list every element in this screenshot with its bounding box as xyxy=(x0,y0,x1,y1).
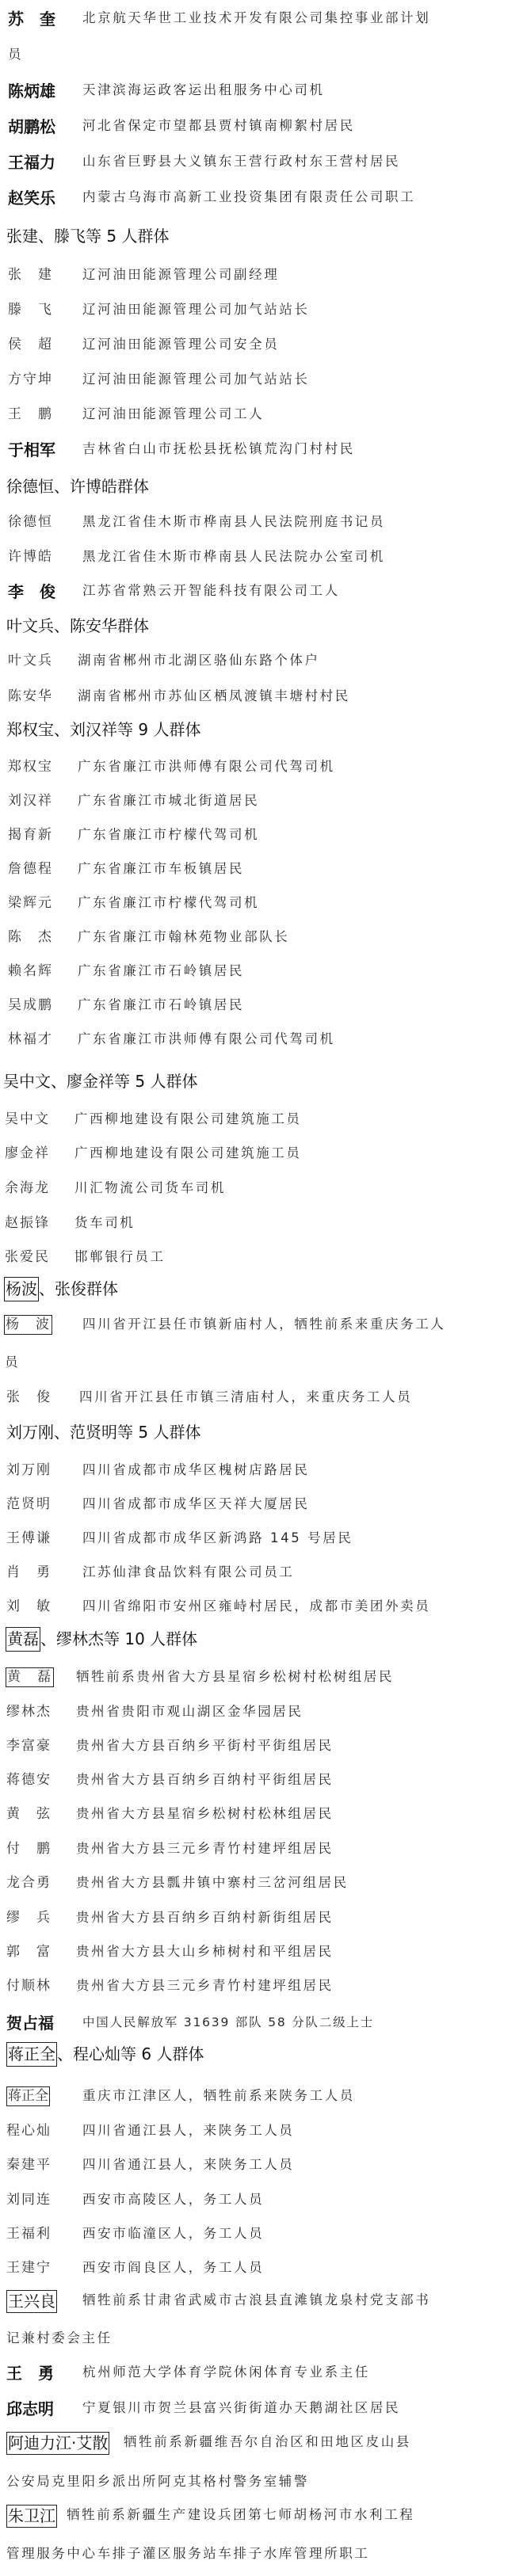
member-desc: 辽河油田能源管理公司副经理 xyxy=(82,265,279,285)
entry-name: 朱卫江 xyxy=(6,2505,57,2528)
member-name: 方守坤 xyxy=(8,369,53,390)
entry-desc: 内蒙古乌海市高新工业投资集团有限责任公司职工 xyxy=(82,187,415,208)
member-name: 叶文兵 xyxy=(8,650,53,671)
member-desc: 四川省绵阳市安州区雍峙村居民，成都市美团外卖员 xyxy=(82,1596,430,1617)
group-title-rest: 、张俊群体 xyxy=(39,1279,118,1298)
member-desc: 广西柳地建设有限公司建筑施工员 xyxy=(74,1109,302,1130)
highlighted-name: 阿迪力江·艾散 xyxy=(6,2432,109,2455)
highlighted-name: 黄 磊 xyxy=(6,1667,54,1687)
member-desc: 牺牲前系贵州省大方县星宿乡松树村松树组居民 xyxy=(76,1667,394,1687)
member-name: 张 俊 xyxy=(6,1387,52,1408)
highlighted-name: 王兴良 xyxy=(6,2290,57,2313)
member-name: 赖名辉 xyxy=(8,961,53,981)
member-desc: 贵州省贵阳市观山湖区金华园居民 xyxy=(76,1701,303,1722)
member-desc: 广东省廉江市洪师傅有限公司代驾司机 xyxy=(78,1029,335,1050)
member-desc: 广东省廉江市石岭镇居民 xyxy=(78,995,244,1016)
member-name: 杨 波 xyxy=(4,1314,52,1335)
member-desc: 广东省廉江市洪师傅有限公司代驾司机 xyxy=(78,756,335,777)
member-name: 揭育新 xyxy=(8,825,53,845)
member-name: 林福才 xyxy=(8,1029,53,1050)
member-name: 侯 超 xyxy=(8,334,53,355)
member-desc: 辽河油田能源管理公司加气站站长 xyxy=(82,299,310,320)
member-desc: 广东省廉江市石岭镇居民 xyxy=(78,961,244,981)
member-name: 王傅谦 xyxy=(6,1528,52,1549)
member-name: 王建宁 xyxy=(6,2258,52,2278)
entry-desc: 牺牲前系新疆维吾尔自治区和田地区皮山县 xyxy=(124,2432,411,2452)
group-title: 黄磊、缪林杰等 10 人群体 xyxy=(6,1627,197,1652)
member-desc: 贵州省大方县三元乡青竹村建坪组居民 xyxy=(76,1976,334,1996)
member-name: 徐德恒 xyxy=(8,512,53,532)
entry-name: 王福力 xyxy=(8,151,55,173)
member-name: 许博皓 xyxy=(8,547,53,567)
highlighted-name: 蒋正全 xyxy=(6,2086,50,2106)
member-name: 王福利 xyxy=(6,2224,52,2244)
entry-name: 李 俊 xyxy=(8,581,55,603)
member-name: 滕 飞 xyxy=(8,299,53,320)
group-title: 叶文兵、陈安华群体 xyxy=(6,614,149,638)
group-title: 张建、滕飞等 5 人群体 xyxy=(6,224,169,248)
group-title: 徐德恒、许博皓群体 xyxy=(6,474,149,498)
member-name: 刘万刚 xyxy=(6,1460,52,1480)
member-name: 肖 勇 xyxy=(6,1562,52,1583)
member-desc: 重庆市江津区人，牺牲前系来陕务工人员 xyxy=(82,2086,355,2106)
member-name: 蒋正全 xyxy=(6,2086,50,2106)
entry-name: 阿迪力江·艾散 xyxy=(6,2432,109,2455)
entry-desc: 宁夏银川市贺兰县富兴街街道办天鹅湖社区居民 xyxy=(82,2398,400,2418)
member-desc: 贵州省大方县星宿乡松树村松林组居民 xyxy=(76,1804,334,1824)
member-name: 吴中文 xyxy=(5,1109,50,1130)
member-desc: 黑龙江省佳木斯市桦南县人民法院刑庭书记员 xyxy=(82,512,385,532)
member-name: 龙合勇 xyxy=(6,1873,52,1893)
member-name: 郑权宝 xyxy=(8,756,53,777)
member-desc: 江苏仙津食品饮料有限公司员工 xyxy=(82,1562,294,1583)
member-name: 付 鹏 xyxy=(6,1839,52,1859)
member-desc: 邯郸银行员工 xyxy=(74,1247,166,1267)
member-name: 程心灿 xyxy=(6,2121,52,2141)
member-name: 缪 兵 xyxy=(6,1907,52,1928)
member-desc: 四川省成都市成华区新鸿路 145 号居民 xyxy=(82,1528,353,1549)
entry-desc-continuation: 公安局克里阳乡派出所阿克其格村警务室辅警 xyxy=(6,2471,309,2492)
member-name: 张爱民 xyxy=(5,1247,50,1267)
member-name: 陈 杰 xyxy=(8,927,53,947)
member-name: 蒋德安 xyxy=(6,1770,52,1790)
member-name: 刘 敏 xyxy=(6,1596,52,1617)
member-desc: 贵州省大方县大山乡柿树村和平组居民 xyxy=(76,1942,334,1962)
member-desc: 辽河油田能源管理公司工人 xyxy=(82,404,264,425)
member-name: 付顺林 xyxy=(6,1976,52,1996)
member-desc: 四川省通江县人，来陕务工人员 xyxy=(82,2121,294,2141)
member-desc: 广东省廉江市车板镇居民 xyxy=(78,859,244,879)
group-title-rest: 、程心灿等 6 人群体 xyxy=(57,2044,204,2063)
group-title: 郑权宝、刘汉祥等 9 人群体 xyxy=(6,718,200,741)
member-desc: 四川省成都市成华区天祥大厦居民 xyxy=(82,1494,310,1515)
highlighted-name: 杨波 xyxy=(4,1277,39,1301)
highlighted-name: 黄磊 xyxy=(6,1627,40,1652)
group-title: 吴中文、廖金祥等 5 人群体 xyxy=(3,1069,197,1093)
entry-name: 苏 奎 xyxy=(8,8,55,30)
entry-name: 胡鹏松 xyxy=(8,116,55,138)
entry-name: 赵笑乐 xyxy=(8,187,55,209)
entry-desc-continuation: 员 xyxy=(8,44,23,65)
member-desc: 川汇物流公司货车司机 xyxy=(74,1178,226,1198)
member-desc: 贵州省大方县百纳乡百纳村新街组居民 xyxy=(76,1907,334,1928)
entry-name: 于相军 xyxy=(8,439,55,461)
entry-name: 贺占福 xyxy=(6,2012,54,2034)
entry-name: 王兴良 xyxy=(6,2290,57,2313)
member-desc: 贵州省大方县百纳乡百纳村平街组居民 xyxy=(76,1770,334,1790)
member-desc: 货车司机 xyxy=(74,1213,135,1233)
member-desc: 四川省成都市成华区槐树店路居民 xyxy=(82,1460,310,1480)
member-name: 郭 富 xyxy=(6,1942,52,1962)
member-name: 陈安华 xyxy=(8,686,53,707)
entry-desc: 北京航天华世工业技术开发有限公司集控事业部计划 xyxy=(82,8,430,29)
member-name: 刘同连 xyxy=(6,2189,52,2210)
member-desc-continuation: 员 xyxy=(5,1352,20,1373)
member-name: 王 鹏 xyxy=(8,404,53,425)
member-desc: 广西柳地建设有限公司建筑施工员 xyxy=(74,1143,302,1164)
entry-desc: 牺牲前系新疆生产建设兵团第七师胡杨河市水利工程 xyxy=(67,2505,414,2525)
member-desc: 辽河油田能源管理公司安全员 xyxy=(82,334,279,355)
member-name: 詹德程 xyxy=(8,859,53,879)
member-desc: 湖南省郴州市苏仙区栖凤渡镇丰塘村村民 xyxy=(78,686,350,707)
member-desc: 广东省廉江市城北街道居民 xyxy=(78,791,259,811)
member-name: 梁辉元 xyxy=(8,893,53,913)
member-desc: 广东省廉江市柠檬代驾司机 xyxy=(78,825,259,845)
entry-desc: 江苏省常熟云开智能科技有限公司工人 xyxy=(82,581,340,601)
member-desc: 广东省廉江市翰林苑物业部队长 xyxy=(78,927,289,947)
member-desc: 黑龙江省佳木斯市桦南县人民法院办公室司机 xyxy=(82,547,385,567)
member-desc: 四川省开江县任市镇三清庙村人，来重庆务工人员 xyxy=(79,1387,412,1408)
member-name: 秦建平 xyxy=(6,2155,52,2175)
entry-desc: 吉林省白山市抚松县抚松镇荒沟门村村民 xyxy=(82,439,355,459)
member-desc: 贵州省大方县瓢井镇中寨村三岔河组居民 xyxy=(76,1873,349,1893)
member-desc: 西安市高陵区人，务工人员 xyxy=(82,2189,264,2210)
entry-desc: 山东省巨野县大义镇东王营行政村东王营村居民 xyxy=(82,151,400,172)
member-name: 刘汉祥 xyxy=(8,791,53,811)
entry-desc: 河北省保定市望都县贾村镇南柳絮村居民 xyxy=(82,116,355,136)
member-desc: 贵州省大方县三元乡青竹村建坪组居民 xyxy=(76,1839,334,1859)
highlighted-name: 蒋正全 xyxy=(6,2042,57,2067)
member-name: 张 建 xyxy=(8,265,53,285)
member-name: 李富豪 xyxy=(6,1736,52,1756)
member-desc: 湖南省郴州市北湖区骆仙东路个体户 xyxy=(78,650,320,671)
member-name: 赵振锋 xyxy=(5,1213,50,1233)
member-name: 范贤明 xyxy=(6,1494,52,1515)
member-desc: 四川省开江县任市镇新庙村人，牺牲前系来重庆务工人 xyxy=(82,1314,445,1335)
entry-desc: 中国人民解放军 31639 部队 58 分队二级上士 xyxy=(82,2012,374,2033)
entry-desc-continuation: 管理服务中心车排子灌区服务站车排子水库管理所职工 xyxy=(6,2544,369,2564)
entry-name: 王 勇 xyxy=(6,2362,54,2384)
member-name: 黄 磊 xyxy=(6,1667,54,1687)
member-name: 黄 弦 xyxy=(6,1804,52,1824)
member-desc: 广东省廉江市柠檬代驾司机 xyxy=(78,893,259,913)
member-desc: 四川省通江县人，来陕务工人员 xyxy=(82,2155,294,2175)
entry-desc: 天津滨海运政客运出租服务中心司机 xyxy=(82,80,325,101)
member-desc: 西安市临潼区人，务工人员 xyxy=(82,2224,264,2244)
entry-desc: 杭州师范大学体育学院休闲体育专业系主任 xyxy=(82,2362,370,2383)
member-name: 吴成鹏 xyxy=(8,995,53,1016)
group-title: 杨波、张俊群体 xyxy=(4,1277,118,1301)
group-title: 蒋正全、程心灿等 6 人群体 xyxy=(6,2042,204,2067)
group-title-rest: 、缪林杰等 10 人群体 xyxy=(40,1629,197,1648)
member-desc: 贵州省大方县百纳乡平街村平街组居民 xyxy=(76,1736,334,1756)
group-title: 刘万刚、范贤明等 5 人群体 xyxy=(6,1420,200,1444)
highlighted-name: 朱卫江 xyxy=(6,2505,57,2528)
member-name: 余海龙 xyxy=(5,1178,50,1198)
entry-desc: 牺牲前系甘肃省武威市古浪县直滩镇龙泉村党支部书 xyxy=(82,2290,430,2311)
entry-name: 邱志明 xyxy=(6,2398,54,2420)
highlighted-name: 杨 波 xyxy=(4,1315,52,1335)
member-name: 缪林杰 xyxy=(6,1701,52,1722)
entry-name: 陈炳雄 xyxy=(8,80,55,102)
member-desc: 西安市阎良区人，务工人员 xyxy=(82,2258,264,2278)
entry-desc-continuation: 记兼村委会主任 xyxy=(6,2328,113,2349)
member-desc: 辽河油田能源管理公司加气站站长 xyxy=(82,369,310,390)
member-name: 廖金祥 xyxy=(5,1143,50,1164)
